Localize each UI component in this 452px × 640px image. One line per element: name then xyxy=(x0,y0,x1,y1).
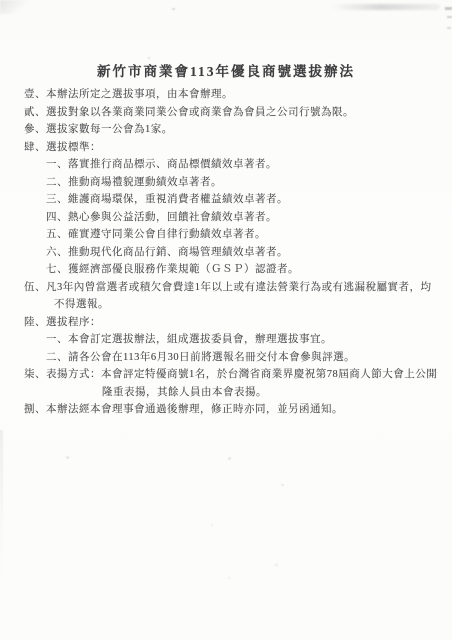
scan-speck xyxy=(228,577,230,579)
document-line: 五、確實遵守同業公會自律行動績效卓著者。 xyxy=(24,226,444,244)
document-line: 隆重表揚，其餘人員由本會表揚。 xyxy=(24,384,444,402)
scan-speck xyxy=(148,57,150,59)
document-line: 一、落實推行商品標示、商品標價績效卓著者。 xyxy=(24,156,444,174)
scan-speck xyxy=(66,456,69,459)
document-line: 三、維護商場環保，重視消費者權益績效卓著者。 xyxy=(24,191,444,209)
document-line: 不得選報。 xyxy=(24,296,444,314)
scan-speck xyxy=(275,564,278,566)
scan-edge-artifact xyxy=(447,16,452,18)
document-line: 參、選拔家數每一公會為1家。 xyxy=(24,121,444,139)
scan-speck xyxy=(211,524,213,526)
document-body: 壹、本辦法所定之選拔事項，由本會辦理。貳、選拔對象以各業商業同業公會或商業會為會… xyxy=(24,86,444,419)
document-line: 二、請各公會在113年6月30日前將選報名冊交付本會參與評選。 xyxy=(24,349,444,367)
document-line: 陸、選拔程序： xyxy=(24,314,444,332)
document-line: 七、獲經濟部優良服務作業規範（ＧＳＰ）認證者。 xyxy=(24,261,444,279)
scan-edge-artifact xyxy=(0,430,3,590)
document-line: 貳、選拔對象以各業商業同業公會或商業會為會員之公司行號為限。 xyxy=(24,104,444,122)
scan-corner-artifact xyxy=(0,0,30,14)
document-line: 肆、選拔標準： xyxy=(24,139,444,157)
scan-edge-artifact xyxy=(445,7,452,10)
scan-speck xyxy=(228,457,231,460)
scanned-document-page: 新竹市商業會113年優良商號選拔辦法 壹、本辦法所定之選拔事項，由本會辦理。貳、… xyxy=(0,0,452,640)
scan-speck xyxy=(281,484,284,486)
scan-smudge-artifact xyxy=(332,4,440,10)
document-line: 柒、表揚方式：本會評定特優商號1名，於台灣省商業界慶祝第78屆商人節大會上公開 xyxy=(24,366,444,384)
document-line: 伍、凡3年內曾當選者或積欠會費達1年以上或有違法營業行為或有逃漏稅屬實者，均 xyxy=(24,279,444,297)
document-line: 二、推動商場禮貌運動績效卓著者。 xyxy=(24,174,444,192)
document-line: 捌、本辦法經本會理事會通過後辦理，修正時亦同，並另函通知。 xyxy=(24,401,444,419)
document-line: 四、熱心參與公益活動，回饋社會績效卓著者。 xyxy=(24,209,444,227)
scan-edge-artifact xyxy=(447,27,451,29)
scan-speck xyxy=(172,8,175,10)
document-line: 壹、本辦法所定之選拔事項，由本會辦理。 xyxy=(24,86,444,104)
document-title: 新竹市商業會113年優良商號選拔辦法 xyxy=(0,60,452,80)
document-line: 一、本會訂定選拔辦法，組成選拔委員會，辦理選拔事宜。 xyxy=(24,331,444,349)
document-line: 六、推動現代化商品行銷、商場管理績效卓著者。 xyxy=(24,244,444,262)
